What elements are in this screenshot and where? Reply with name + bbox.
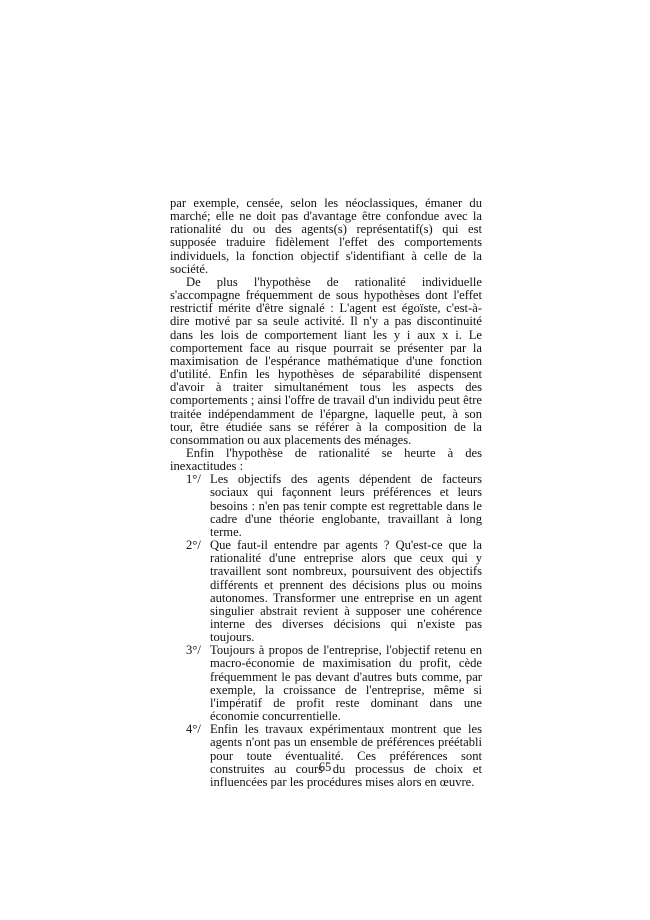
list-item: 1°/ Les objectifs des agents dépendent d…: [170, 473, 482, 539]
list-marker: 3°/: [186, 644, 201, 657]
list-item-text: Toujours à propos de l'entreprise, l'obj…: [210, 643, 482, 723]
list-item: 4°/ Enfin les travaux expérimentaux mont…: [170, 723, 482, 789]
list-item-text: Que faut-il entendre par agents ? Qu'est…: [210, 538, 482, 644]
paragraph-sub-hypotheses: De plus l'hypothèse de rationalité indiv…: [170, 276, 482, 447]
list-item: 2°/ Que faut-il entendre par agents ? Qu…: [170, 539, 482, 644]
paragraph-inexactitudes-intro: Enfin l'hypothèse de rationalité se heur…: [170, 447, 482, 473]
inexactitudes-list: 1°/ Les objectifs des agents dépendent d…: [170, 473, 482, 789]
list-marker: 1°/: [186, 473, 201, 486]
page-number: 65: [0, 760, 650, 775]
list-item-text: Les objectifs des agents dépendent de fa…: [210, 472, 482, 539]
page-body: par exemple, censée, selon les néoclassi…: [170, 197, 482, 789]
list-marker: 4°/: [186, 723, 201, 736]
list-marker: 2°/: [186, 539, 201, 552]
list-item: 3°/ Toujours à propos de l'entreprise, l…: [170, 644, 482, 723]
paragraph-continuation: par exemple, censée, selon les néoclassi…: [170, 197, 482, 276]
list-item-text: Enfin les travaux expérimentaux montrent…: [210, 722, 482, 789]
